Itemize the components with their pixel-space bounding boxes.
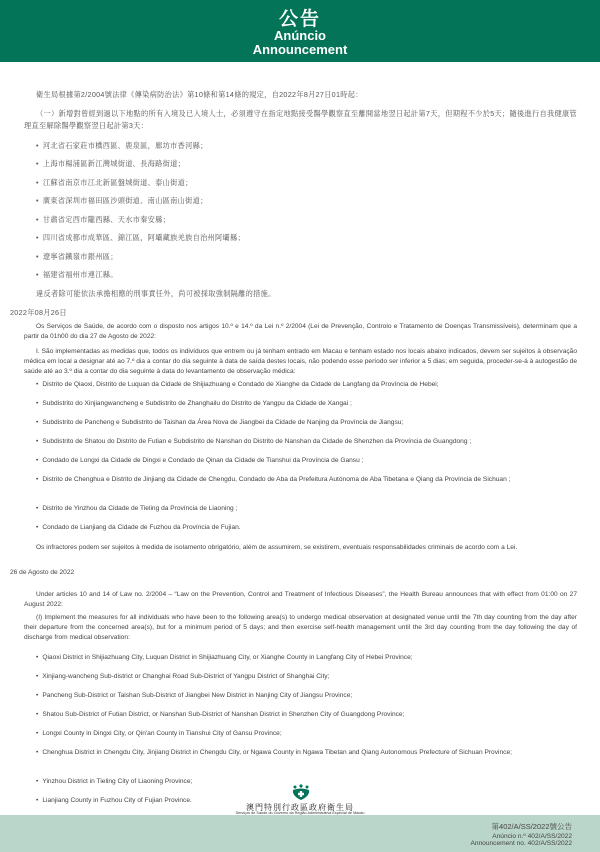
en-area-item: Longxi County in Dingxi City, or Qin'an … <box>24 729 589 739</box>
en-area-item: Qiaoxi District in Shijiazhuang City, Lu… <box>24 653 589 663</box>
pt-area-item: Condado de Lianjiang da Cidade de Fuzhou… <box>24 523 589 533</box>
zh-area-item: 四川省成都市成華區、錦江區，阿壩藏族羌族自治州阿壩縣； <box>24 232 589 244</box>
en-area-item: Xinjiang-wancheng Sub-district or Changh… <box>24 672 589 682</box>
zh-area-item: 甘肅省定西市隴西縣、天水市秦安縣； <box>24 214 589 226</box>
announcement-footer: 第402/A/SS/2022號公告 Anúncio n.º 402/A/SS/2… <box>0 815 600 852</box>
en-area-item: Chenghua District in Chengdu City, Jinji… <box>24 748 577 758</box>
pt-area-item: Distrito de Chenghua e Distrito de Jinji… <box>24 475 577 485</box>
en-area-item: Pancheng Sub-District or Taishan Sub-Dis… <box>24 691 589 701</box>
reference-zh: 第402/A/SS/2022號公告 <box>492 823 572 831</box>
announcement-header: 公告 Anúncio Announcement <box>0 0 600 62</box>
zh-date: 2022年08月26日 <box>10 307 563 319</box>
zh-area-item: 河北省石家莊市橋西區、鹿泉區，廊坊市香河縣； <box>24 140 589 152</box>
en-intro: Under articles 10 and 14 of Law no. 2/20… <box>24 590 577 610</box>
pt-area-item: Subdistrito de Pancheng e Subdistrito de… <box>24 418 589 428</box>
pt-area-item: Subdistrito de Shatou do Distrito de Fut… <box>24 437 589 447</box>
en-area-item: Shatou Sub-District of Futian District, … <box>24 710 589 720</box>
pt-measure: I. São implementadas as medidas que, tod… <box>24 347 577 377</box>
zh-area-item: 遼寧省鐵嶺市銀州區； <box>24 251 589 263</box>
zh-measure: （一）新增對曾經到過以下地點的所有入境及已入境人士，必須遵守在指定地點接受醫學觀… <box>24 108 577 132</box>
title-en: Announcement <box>0 43 600 57</box>
zh-area-item: 江蘇省南京市江北新區盤城街道、泰山街道； <box>24 177 589 189</box>
pt-area-item: Subdistrito do Xinjiangwancheng e Subdis… <box>24 399 589 409</box>
zh-area-item: 上海市楊浦區新江灣城街道、長海路街道； <box>24 158 589 170</box>
pt-penalty: Os infractores podem ser sujeitos à medi… <box>24 543 577 553</box>
en-measure: (I) Implement the measures for all indiv… <box>24 613 577 643</box>
zh-intro: 衛生局根據第2/2004號法律《傳染病防治法》第10條和第14條的規定，自202… <box>24 89 577 101</box>
pt-area-item: Distrito de Qiaoxi, Distrito de Luquan d… <box>24 380 589 390</box>
zh-area-item: 福建省福州市連江縣。 <box>24 269 589 281</box>
zh-area-item: 廣東省深圳市福田區沙頭街道、南山區南山街道； <box>24 195 589 207</box>
pt-area-item: Condado de Longxi da Cidade de Dingxi e … <box>24 456 589 466</box>
pt-date: 26 de Agosto de 2022 <box>10 568 563 578</box>
pt-intro: Os Serviços de Saúde, de acordo com o di… <box>24 322 577 342</box>
title-pt: Anúncio <box>0 29 600 43</box>
pt-area-item: Distrito de Yinzhou da Cidade de Tieling… <box>24 504 589 514</box>
title-zh: 公告 <box>0 4 600 31</box>
reference-en: Announcement no. 402/A/SS/2022 <box>470 840 572 848</box>
health-bureau-logo-icon <box>290 784 312 800</box>
zh-penalty: 違反者除可能依法承擔相應的刑事責任外，尚可被採取強制隔離的措施。 <box>24 288 577 300</box>
